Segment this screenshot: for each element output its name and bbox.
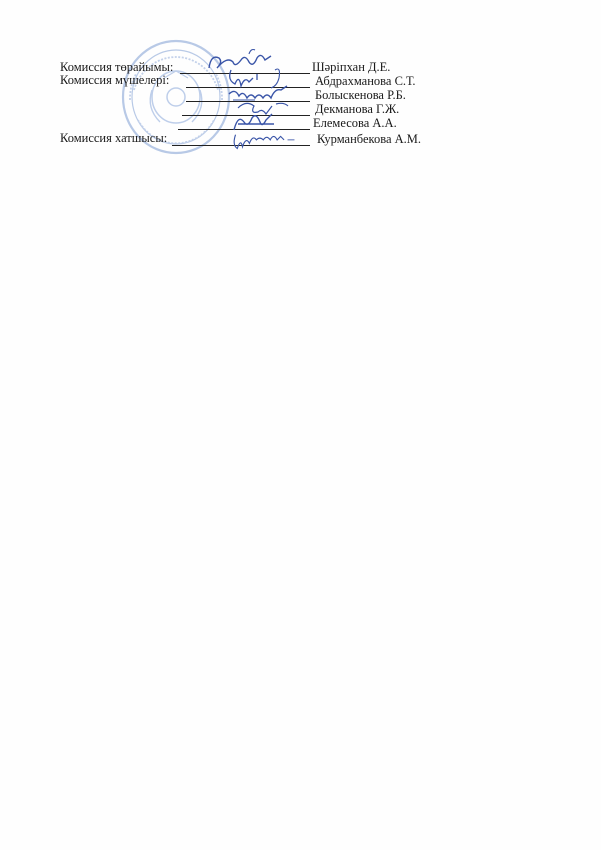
document-page: Комиссия төрайымы: Шәріпхан Д.Е. Комисси… — [0, 0, 601, 850]
member-name: Болыскенова Р.Б. — [315, 88, 406, 102]
chair-role-label: Комиссия төрайымы: — [60, 60, 173, 74]
member-name: Абдрахманова С.Т. — [315, 74, 416, 88]
chair-name: Шәріпхан Д.Е. — [312, 60, 390, 74]
members-role-label: Комиссия мүшелері: — [60, 73, 169, 87]
member-name: Елемесова А.А. — [313, 116, 397, 130]
secretary-role-label: Комиссия хатшысы: — [60, 131, 167, 145]
secretary-name: Курманбекова А.М. — [317, 132, 421, 146]
member-name: Декманова Г.Ж. — [315, 102, 399, 116]
secretary-signature — [225, 126, 305, 152]
